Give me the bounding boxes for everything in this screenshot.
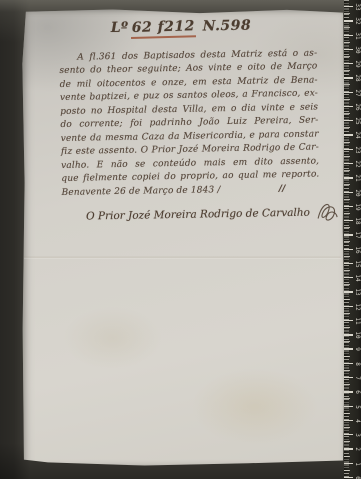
ruler-cm-label: 27 <box>353 88 361 98</box>
ruler-cm-tick <box>344 448 353 449</box>
ruler-cm-tick <box>344 177 353 178</box>
ruler-cm-tick <box>344 348 353 349</box>
ruler-cm-label: 22 <box>353 159 361 169</box>
ruler-half-cm-tick <box>344 184 350 185</box>
ruler-cm-tick <box>344 6 353 7</box>
ruler-cm-label: 11 <box>353 316 361 326</box>
ruler-cm-tick <box>344 234 353 235</box>
signature-text: O Prior Jozé Moreira Rodrigo de Carvalho <box>86 207 310 223</box>
ruler-cm-label: 13 <box>353 287 361 297</box>
ruler-cm-tick <box>344 149 353 150</box>
manuscript-body: A fl.361 dos Baptisados desta Matriz est… <box>59 47 320 199</box>
ruler-cm-label: 16 <box>353 245 361 255</box>
ruler-cm-label: 21 <box>353 173 361 183</box>
folio-number-underlined: 62 f212 <box>130 18 196 39</box>
ruler-cm-tick <box>344 192 353 193</box>
ruler-half-cm-tick <box>344 256 350 257</box>
ruler-cm-tick <box>344 263 353 264</box>
ruler-cm-tick <box>344 377 353 378</box>
ruler-cm-tick <box>344 92 353 93</box>
ruler-half-cm-tick <box>344 384 350 385</box>
paper-sheet: Lº62 f212N.598 A fl.361 dos Baptisados d… <box>22 9 345 466</box>
ruler-cm-tick <box>344 49 353 50</box>
ruler-half-cm-tick <box>344 170 350 171</box>
ruler-half-cm-tick <box>344 142 350 143</box>
ruler-half-cm-tick <box>344 156 350 157</box>
ruler-cm-label: 31 <box>353 31 361 41</box>
ruler-half-cm-tick <box>344 27 350 28</box>
ruler-cm-tick <box>344 77 353 78</box>
ruler-cm-tick <box>344 434 353 435</box>
ruler-cm-tick <box>344 206 353 207</box>
ruler-half-cm-tick <box>344 456 350 457</box>
ruler-cm-label: 29 <box>353 59 361 69</box>
closing-slashes: // <box>279 183 286 197</box>
ruler-cm-label: 28 <box>353 73 361 83</box>
measurement-ruler: 3332313029282726252423222120191817161514… <box>344 0 361 479</box>
ruler-cm-tick <box>344 63 353 64</box>
ruler-half-cm-tick <box>344 56 350 57</box>
ruler-cm-label: 7 <box>353 373 361 383</box>
ruler-half-cm-tick <box>344 470 350 471</box>
ruler-cm-tick <box>344 420 353 421</box>
ruler-half-cm-tick <box>344 441 350 442</box>
date-text: Benavente 26 de Março de 1843 / <box>62 185 221 198</box>
ruler-cm-label: 5 <box>353 402 361 412</box>
ruler-cm-label: 6 <box>353 387 361 397</box>
ruler-cm-label: 15 <box>353 259 361 269</box>
ruler-cm-tick <box>344 20 353 21</box>
ruler-half-cm-tick <box>344 284 350 285</box>
ruler-cm-tick <box>344 406 353 407</box>
signature-block: O Prior Jozé Moreira Rodrigo de Carvalho <box>86 199 356 228</box>
ruler-cm-label: 3 <box>353 430 361 440</box>
ruler-half-cm-tick <box>344 299 350 300</box>
ruler-cm-tick <box>344 306 353 307</box>
ruler-cm-tick <box>344 463 353 464</box>
ruler-half-cm-tick <box>344 99 350 100</box>
ruler-half-cm-tick <box>344 227 350 228</box>
scanned-manuscript-page: { "scan": { "background_color": "#413f39… <box>0 0 361 479</box>
ruler-cm-tick <box>344 320 353 321</box>
ruler-half-cm-tick <box>344 241 350 242</box>
ruler-cm-tick <box>344 163 353 164</box>
ruler-cm-tick <box>344 391 353 392</box>
ruler-half-cm-tick <box>344 84 350 85</box>
ruler-cm-label: 1 <box>353 459 361 469</box>
ruler-cm-tick <box>344 220 353 221</box>
ruler-cm-tick <box>344 334 353 335</box>
ruler-cm-label: 20 <box>353 188 361 198</box>
ruler-cm-tick <box>344 277 353 278</box>
ruler-cm-label: 2 <box>353 444 361 454</box>
ruler-half-cm-tick <box>344 127 350 128</box>
ruler-cm-label: 26 <box>353 102 361 112</box>
ruler-half-cm-tick <box>344 42 350 43</box>
ruler-cm-label: 4 <box>353 416 361 426</box>
ruler-cm-tick <box>344 291 353 292</box>
ruler-half-cm-tick <box>344 199 350 200</box>
ruler-half-cm-tick <box>344 370 350 371</box>
ruler-half-cm-tick <box>344 427 350 428</box>
ruler-half-cm-tick <box>344 341 350 342</box>
ruler-cm-tick <box>344 477 353 478</box>
signature-rubric-flourish <box>315 199 341 223</box>
ruler-cm-label: 8 <box>353 359 361 369</box>
ruler-half-cm-tick <box>344 327 350 328</box>
ruler-cm-label: 30 <box>353 45 361 55</box>
ruler-cm-label: 25 <box>353 116 361 126</box>
ruler-half-cm-tick <box>344 356 350 357</box>
ruler-half-cm-tick <box>344 313 350 314</box>
ruler-cm-label: 12 <box>353 302 361 312</box>
ruler-half-cm-tick <box>344 113 350 114</box>
manuscript-content: Lº62 f212N.598 A fl.361 dos Baptisados d… <box>20 6 351 469</box>
ruler-cm-label: 10 <box>353 330 361 340</box>
ruler-half-cm-tick <box>344 398 350 399</box>
ruler-cm-tick <box>344 249 353 250</box>
ruler-cm-label: 23 <box>353 145 361 155</box>
ruler-half-cm-tick <box>344 413 350 414</box>
ruler-half-cm-tick <box>344 270 350 271</box>
ruler-half-cm-tick <box>344 70 350 71</box>
ruler-millimeter-ticks <box>344 0 349 479</box>
ruler-cm-label: 14 <box>353 273 361 283</box>
ruler-cm-tick <box>344 120 353 121</box>
ruler-cm-label: 17 <box>353 230 361 240</box>
ruler-half-cm-tick <box>344 13 350 14</box>
ruler-cm-label: 24 <box>353 130 361 140</box>
ruler-cm-label: 0 <box>353 473 361 479</box>
ruler-cm-label: 33 <box>353 2 361 12</box>
ledger-book-number: Lº <box>111 20 129 36</box>
ruler-cm-tick <box>344 106 353 107</box>
ledger-reference-heading: Lº62 f212N.598 <box>111 18 252 39</box>
ruler-cm-label: 9 <box>353 344 361 354</box>
record-number: N.598 <box>203 18 252 35</box>
ruler-half-cm-tick <box>344 213 350 214</box>
ruler-cm-tick <box>344 134 353 135</box>
ruler-cm-label: 19 <box>353 202 361 212</box>
ruler-cm-tick <box>344 363 353 364</box>
ruler-cm-label: 32 <box>353 16 361 26</box>
ruler-cm-label: 18 <box>353 216 361 226</box>
ruler-cm-tick <box>344 35 353 36</box>
